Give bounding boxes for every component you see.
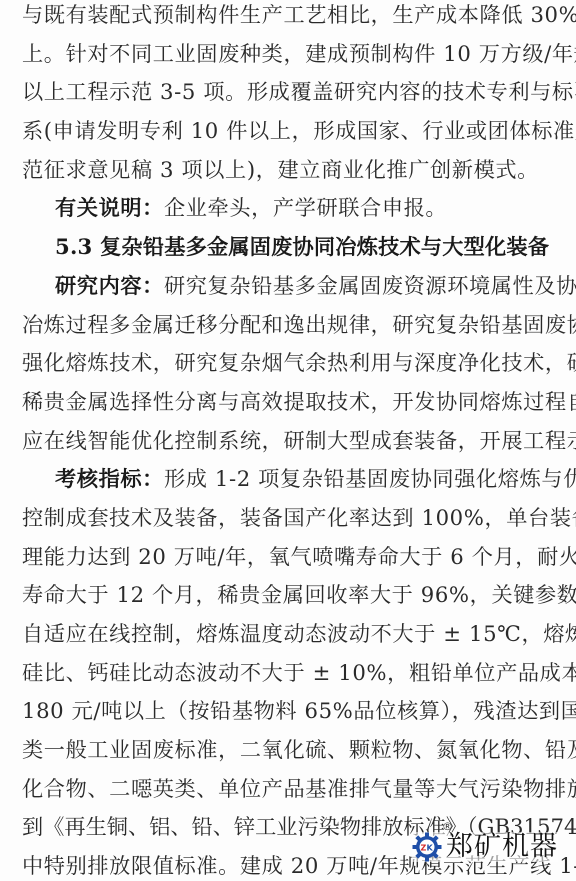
text-line: 寿命大于 12 个月，稀贵金属回收率大于 96%，关键参数实现 xyxy=(22,576,562,615)
section-title: 复杂铅基多金属固废协同冶炼技术与大型化装备 xyxy=(100,234,549,259)
document-page: 与既有装配式预制构件生产工艺相比，生产成本降低 30% 以 上。针对不同工业固废… xyxy=(22,0,562,881)
text-line: 180 元/吨以上（按铅基物料 65%品位核算），残渣达到国家第 I xyxy=(22,692,562,731)
brand-watermark: Z K ® 郑矿机器 xyxy=(412,832,558,862)
text-line: 以上工程示范 3-5 项。形成覆盖研究内容的技术专利与标准体 xyxy=(22,73,562,112)
text-line: 系(申请发明专利 10 件以上，形成国家、行业或团体标准及规 xyxy=(22,112,562,151)
indicators-label: 考核指标： xyxy=(55,466,164,491)
text-line: 形成 1-2 项复杂铅基固废协同强化熔炼与优化 xyxy=(164,466,576,491)
text-line: 与既有装配式预制构件生产工艺相比，生产成本降低 30% 以 xyxy=(22,0,562,35)
note-paragraph: 有关说明：企业牵头，产学研联合申报。 xyxy=(22,189,562,228)
registered-mark: ® xyxy=(442,820,453,833)
gear-logo-icon: Z K ® xyxy=(412,832,442,862)
text-line: 理能力达到 20 万吨/年，氧气喷嘴寿命大于 6 个月，耐火炉衬 xyxy=(22,538,562,577)
note-label: 有关说明： xyxy=(55,195,164,220)
research-label: 研究内容： xyxy=(55,273,164,298)
text-line: 强化熔炼技术，研究复杂烟气余热利用与深度净化技术，研究 xyxy=(22,344,562,383)
research-content-paragraph: 研究内容：研究复杂铅基多金属固废资源环境属性及协同 冶炼过程多金属迁移分配和逸出… xyxy=(22,267,562,460)
indicators-paragraph: 考核指标：形成 1-2 项复杂铅基固废协同强化熔炼与优化 控制成套技术及装备，装… xyxy=(22,460,562,881)
section-heading: 5.3 复杂铅基多金属固废协同冶炼技术与大型化装备 xyxy=(22,228,562,267)
text-line: 范征求意见稿 3 项以上)，建立商业化推广创新模式。 xyxy=(22,151,562,190)
text-line: 上。针对不同工业固废种类，建成预制构件 10 万方级/年规模 xyxy=(22,35,562,74)
text-line: 自适应在线控制，熔炼温度动态波动不大于 ± 15℃，熔炼渣铁 xyxy=(22,615,562,654)
text-line: 研究复杂铅基多金属固废资源环境属性及协同 xyxy=(164,273,576,298)
brand-name: 郑矿机器 xyxy=(446,832,558,862)
paragraph-cost-and-demonstration: 与既有装配式预制构件生产工艺相比，生产成本降低 30% 以 上。针对不同工业固废… xyxy=(22,0,562,189)
text-line: 稀贵金属选择性分离与高效提取技术，开发协同熔炼过程自适 xyxy=(22,383,562,422)
text-line: 控制成套技术及装备，装备国产化率达到 100%，单台装备处 xyxy=(22,499,562,538)
text-line: 化合物、二噁英类、单位产品基准排气量等大气污染物排放达 xyxy=(22,770,562,809)
note-text: 企业牵头，产学研联合申报。 xyxy=(164,195,447,220)
text-line: 硅比、钙硅比动态波动不大于 ± 10%，粗铅单位产品成本节约 xyxy=(22,654,562,693)
svg-text:K: K xyxy=(427,844,434,853)
text-line: 冶炼过程多金属迁移分配和逸出规律，研究复杂铅基固废协同 xyxy=(22,306,562,345)
section-number: 5.3 xyxy=(55,234,92,259)
text-line: 应在线智能优化控制系统，研制大型成套装备，开展工程示范。 xyxy=(22,422,562,461)
text-line: 类一般工业固废标准，二氧化硫、颗粒物、氮氧化物、铅及其 xyxy=(22,731,562,770)
